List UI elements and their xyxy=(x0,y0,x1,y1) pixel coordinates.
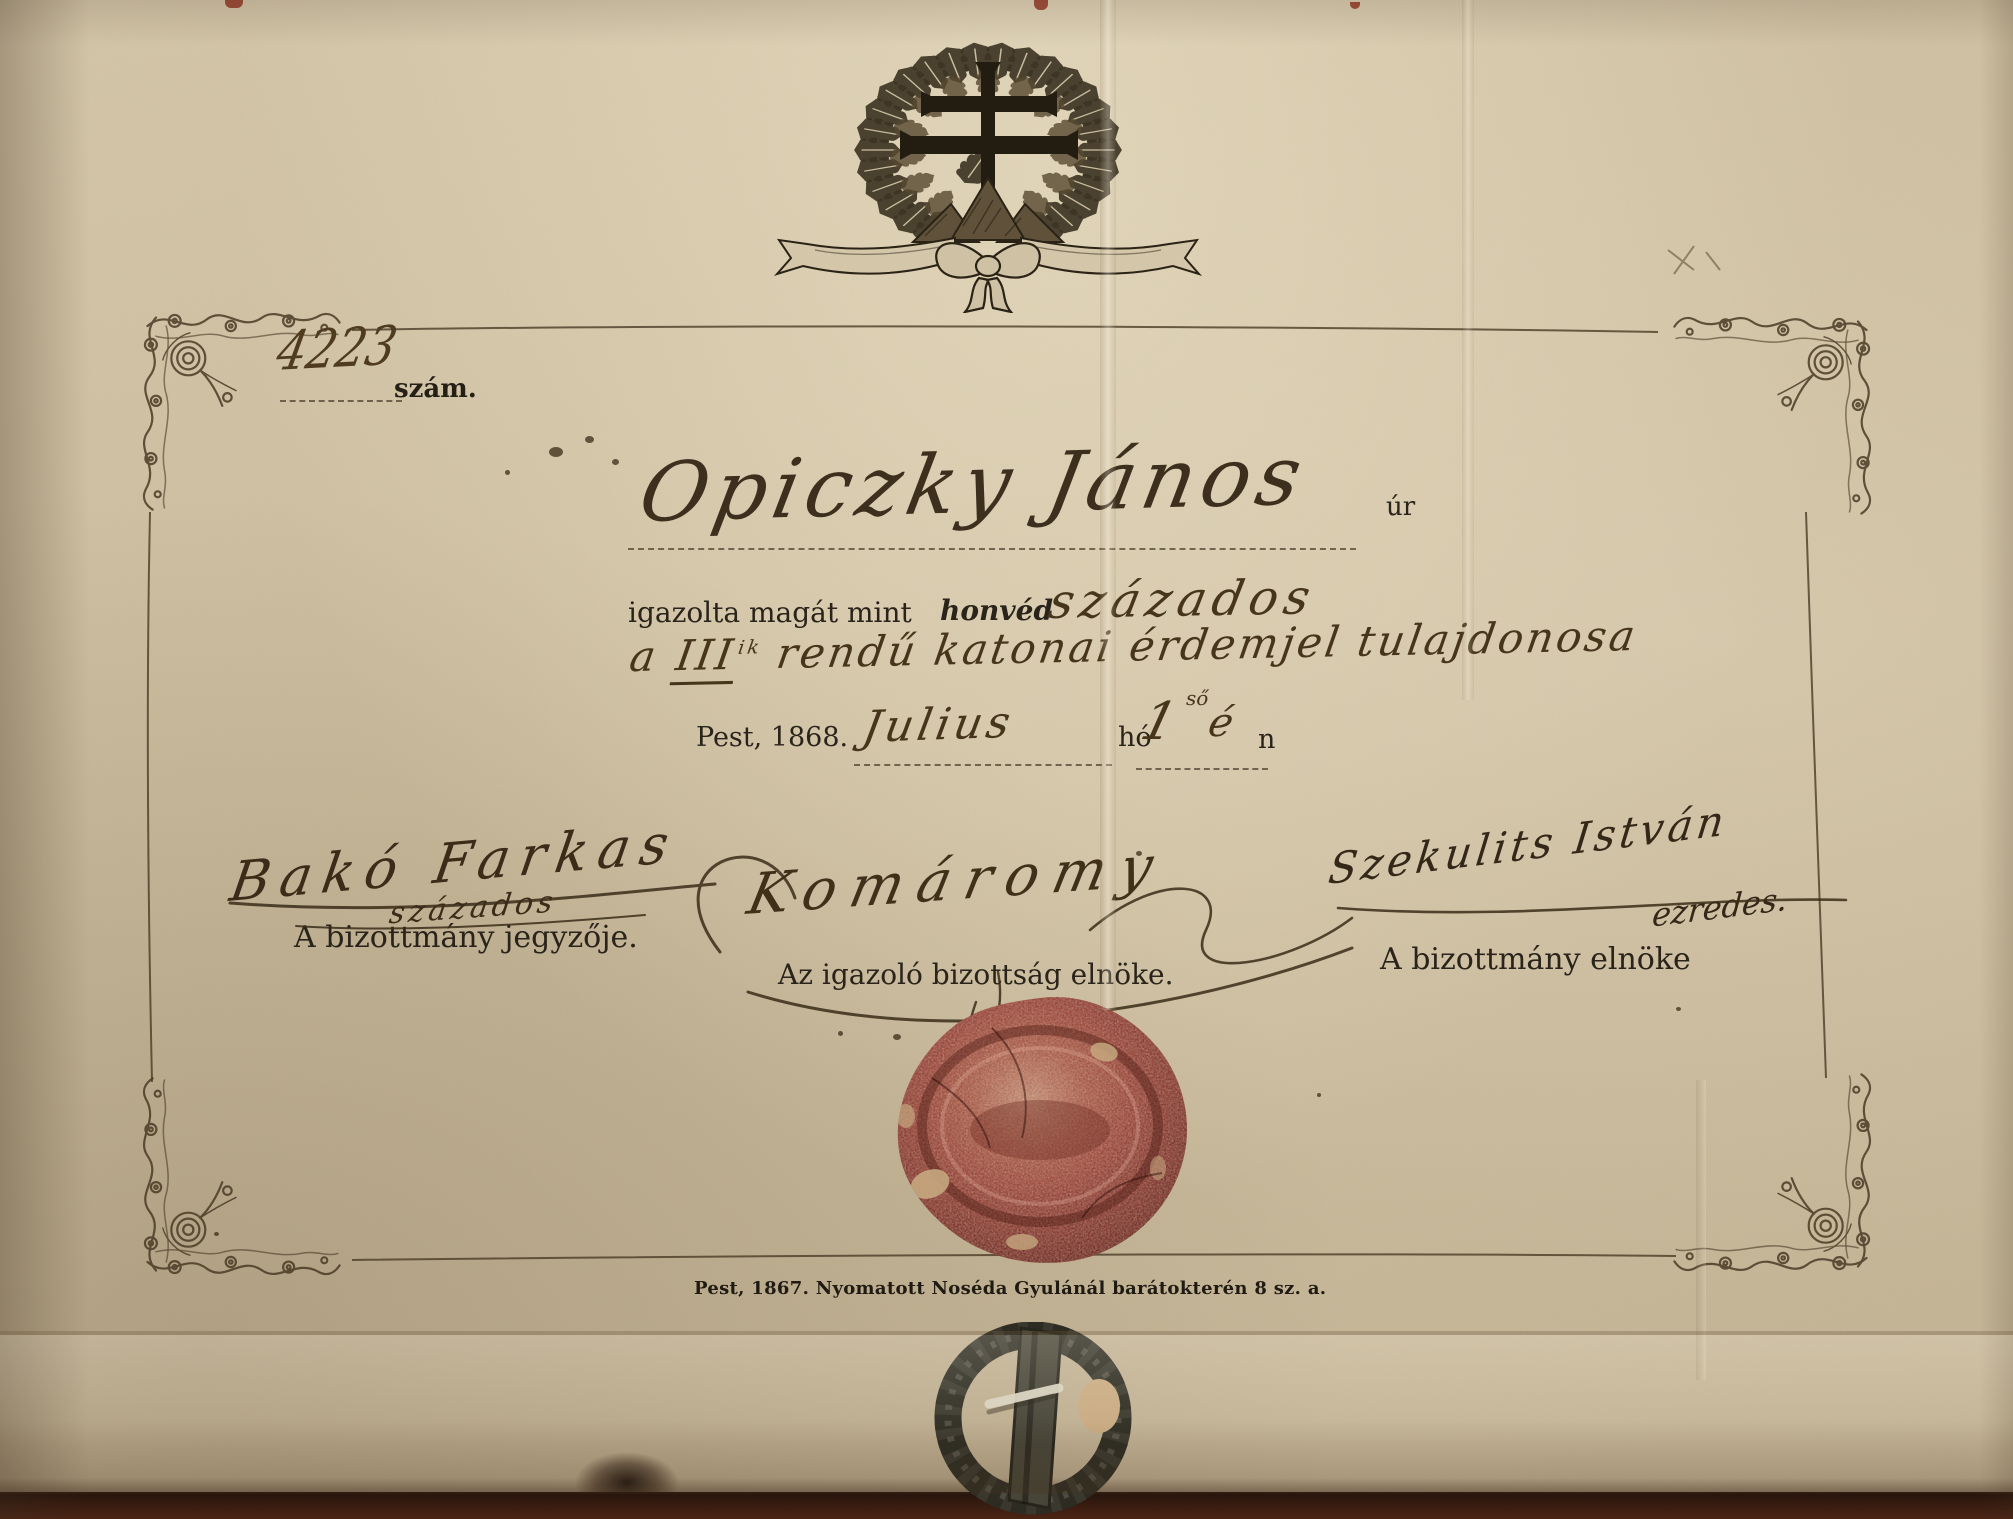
wax-seal-icon xyxy=(872,988,1208,1276)
document-photo: 4223 szám. Opiczky János úr igazolta mag… xyxy=(0,0,2013,1519)
red-wax-trace xyxy=(1034,0,1048,10)
imprint-line: Pest, 1867. Nyomatott Noséda Gyulánál ba… xyxy=(694,1278,1326,1299)
red-wax-trace xyxy=(225,0,243,8)
ring-fastener-icon xyxy=(903,1322,1187,1519)
